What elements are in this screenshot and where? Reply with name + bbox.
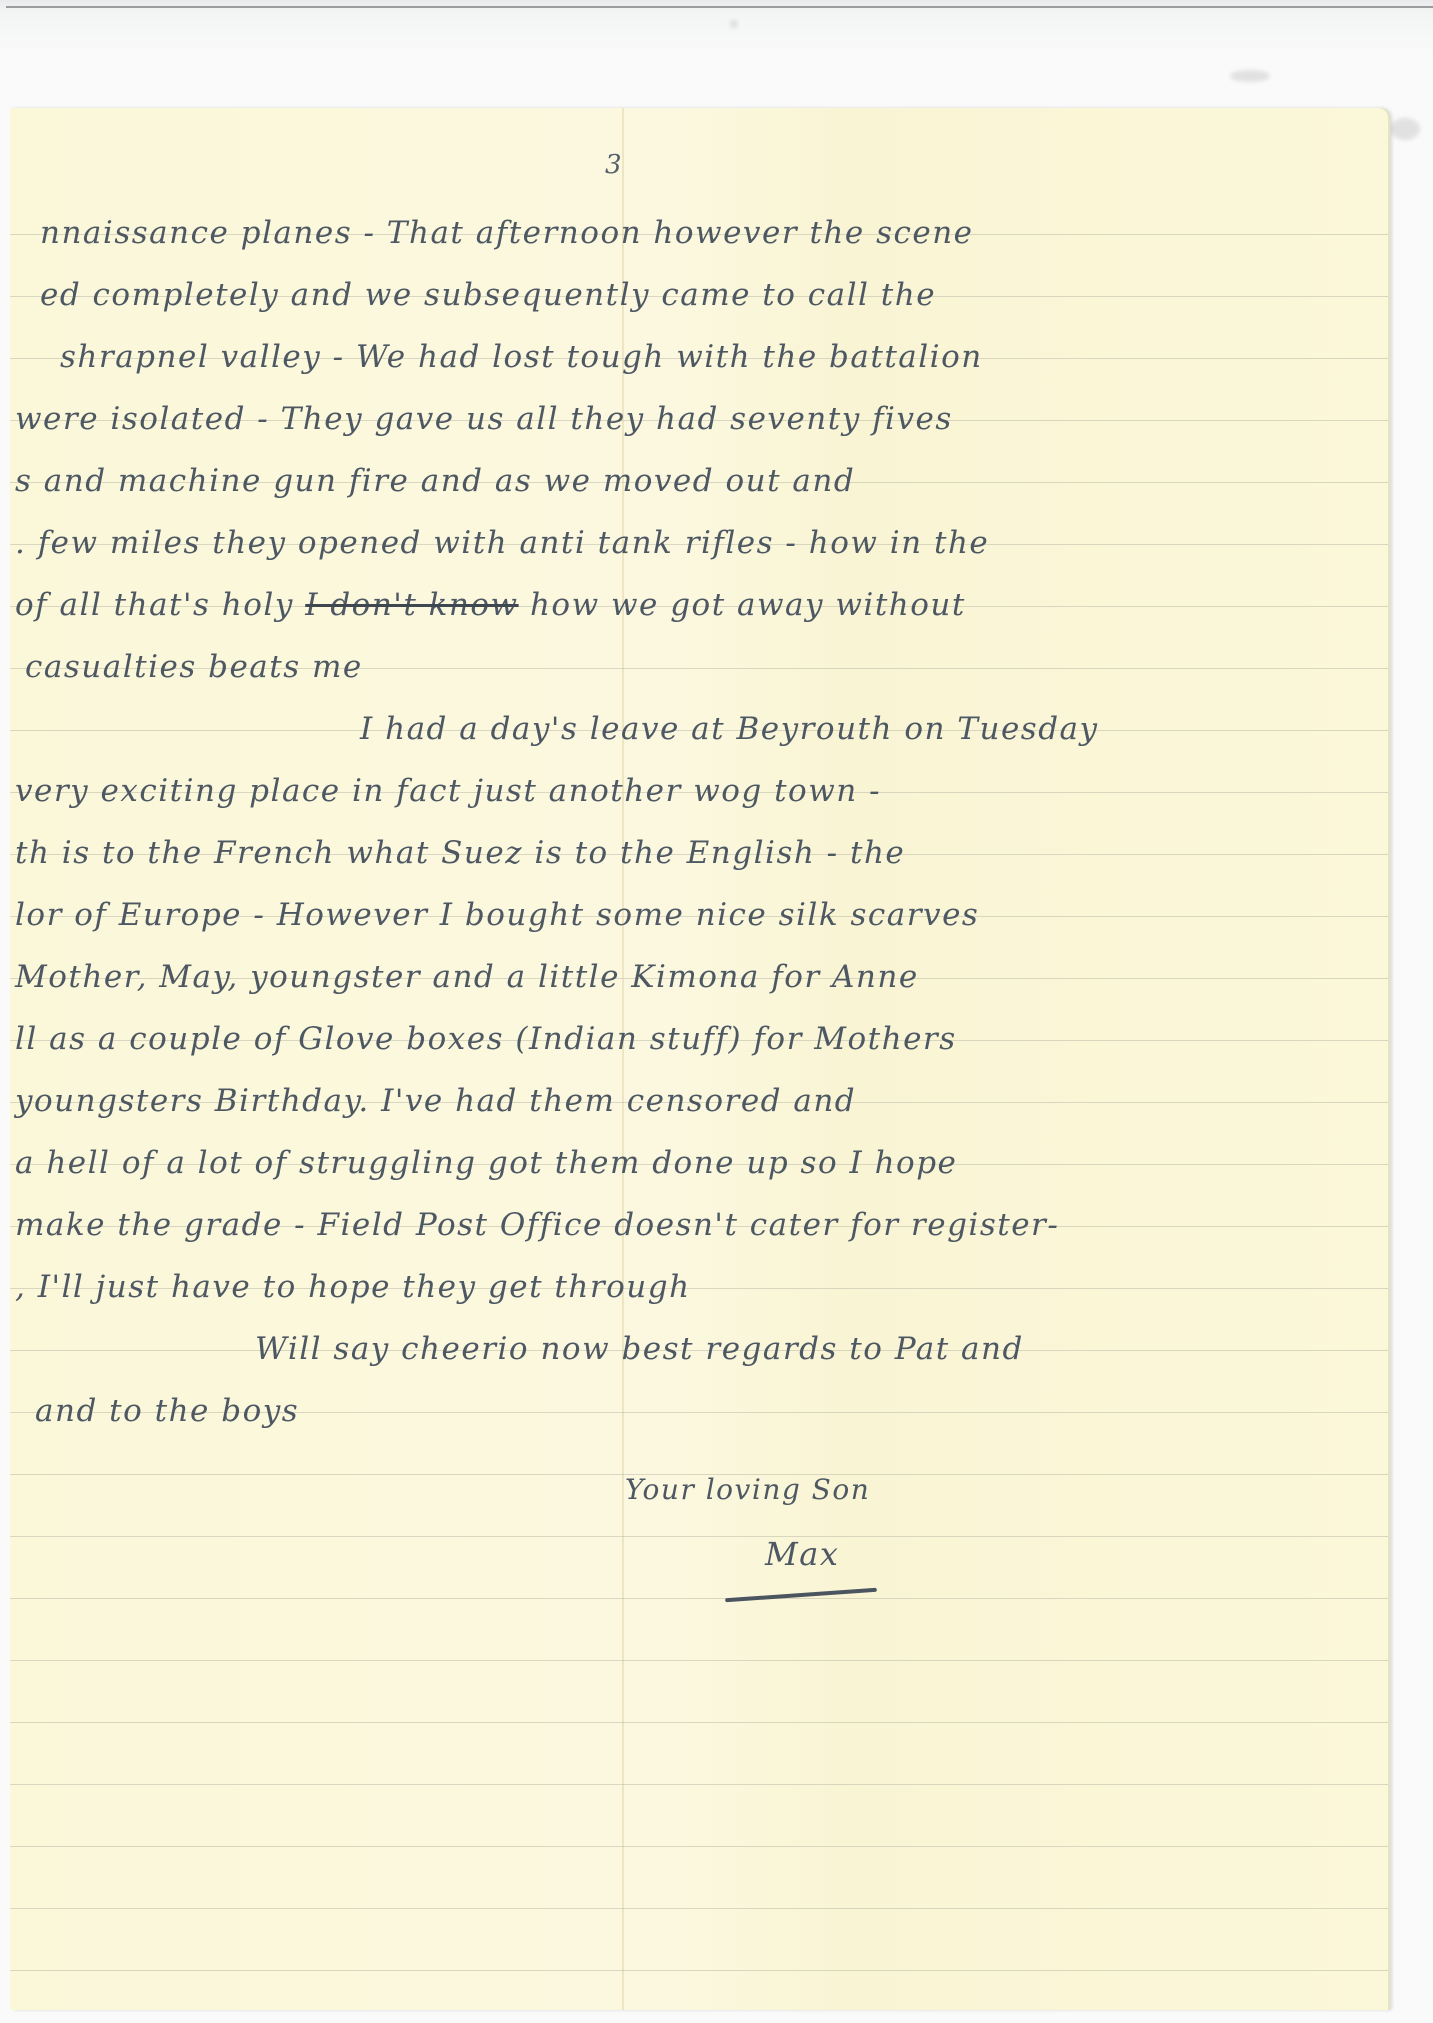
page-number: 3 <box>605 150 622 180</box>
ruled-line <box>10 1722 1388 1723</box>
struck-through-text: I don't know <box>305 587 518 623</box>
line-text: of all that's holy <box>15 587 294 623</box>
ruled-line <box>10 1908 1388 1909</box>
letter-line: make the grade - Field Post Office doesn… <box>15 1210 1059 1241</box>
letter-line: lor of Europe - However I bought some ni… <box>15 900 979 931</box>
letter-line: I had a day's leave at Beyrouth on Tuesd… <box>360 714 1099 745</box>
letter-page <box>10 108 1388 2010</box>
letter-line: of all that's holy I don't know how we g… <box>15 590 966 621</box>
ruled-line <box>10 1784 1388 1785</box>
letter-line: very exciting place in fact just another… <box>15 776 881 807</box>
ruled-line <box>10 1598 1388 1599</box>
ruled-line <box>10 1970 1388 1971</box>
letter-line: a hell of a lot of struggling got them d… <box>15 1148 957 1179</box>
letter-line: ll as a couple of Glove boxes (Indian st… <box>15 1024 957 1055</box>
scanner-edge <box>6 6 1433 8</box>
letter-line: youngsters Birthday. I've had them censo… <box>15 1086 856 1117</box>
letter-line: Mother, May, youngster and a little Kimo… <box>15 962 919 993</box>
letter-line: s and machine gun fire and as we moved o… <box>15 466 855 497</box>
scan-smudge <box>730 20 738 28</box>
letter-line: and to the boys <box>35 1396 299 1427</box>
letter-line: were isolated - They gave us all they ha… <box>15 404 953 435</box>
letter-line: . few miles they opened with anti tank r… <box>15 528 989 559</box>
letter-line: shrapnel valley - We had lost tough with… <box>60 342 983 373</box>
letter-line: casualties beats me <box>25 652 363 683</box>
letter-line: nnaissance planes - That afternoon howev… <box>40 218 974 249</box>
ruled-line <box>10 1536 1388 1537</box>
letter-line: , I'll just have to hope they get throug… <box>15 1272 691 1303</box>
letter-line: ed completely and we subsequently came t… <box>40 280 936 311</box>
letter-line: Will say cheerio now best regards to Pat… <box>255 1334 1024 1365</box>
valediction: Your loving Son <box>625 1476 870 1504</box>
letter-line: th is to the French what Suez is to the … <box>15 838 905 869</box>
paper-fold <box>622 108 624 2010</box>
ruled-line <box>10 1660 1388 1661</box>
signature: Max <box>765 1538 839 1570</box>
line-text: how we got away without <box>530 587 966 623</box>
ruled-line <box>10 1846 1388 1847</box>
scan-smudge <box>1230 70 1270 82</box>
scan-smudge <box>1390 118 1420 140</box>
